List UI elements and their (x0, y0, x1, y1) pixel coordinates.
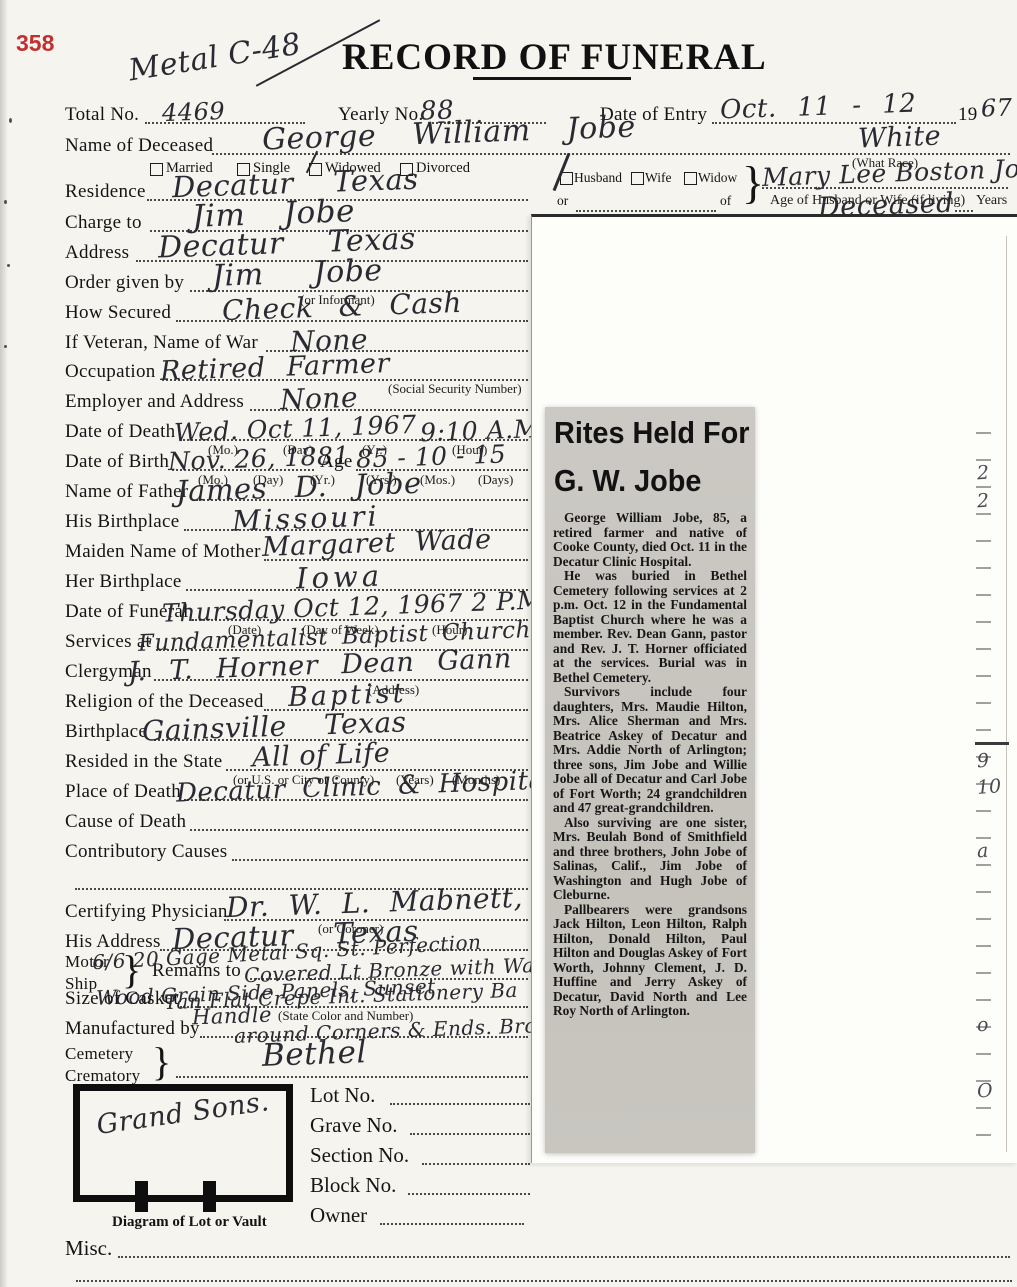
age-of-spouse-line[interactable] (955, 208, 973, 212)
scan-speck (9, 118, 12, 123)
mother-label: Maiden Name of Mother (65, 541, 261, 563)
clipping-paragraph: Survivors include four daughters, Mrs. M… (553, 685, 747, 816)
lot-no-label: Lot No. (310, 1083, 375, 1108)
husband-label: Husband (574, 170, 622, 186)
clipping-paragraph: He was buried in Bethel Cemetery followi… (553, 569, 747, 685)
clipping-paragraph: George William Jobe, 85, a retired farme… (553, 511, 747, 569)
diagram-notch (148, 1180, 203, 1192)
resided-label: Resided in the State (65, 751, 222, 773)
scan-speck (4, 200, 7, 204)
owner-line[interactable] (380, 1221, 524, 1225)
margin-mark: 2 (976, 490, 990, 513)
right-margin-solid-stub (975, 742, 1009, 745)
age-mos-note: (Mos.) (420, 472, 455, 488)
margin-mark: 10 (976, 775, 1002, 799)
year-prefix: 19 (958, 104, 978, 126)
mother-birthplace-value: Iowa (295, 558, 383, 595)
cause-of-death-line[interactable] (190, 827, 528, 831)
header-annotation: Metal C-48 (126, 27, 303, 89)
cemetery-brace: } (152, 1042, 171, 1082)
owner-label: Owner (310, 1203, 367, 1228)
lot-no-line[interactable] (390, 1101, 530, 1105)
diagram-leg-right (203, 1181, 216, 1212)
years-label: Years (976, 193, 1007, 209)
name-of-deceased-label: Name of Deceased (65, 135, 213, 157)
date-of-death-label: Date of Death (65, 421, 175, 443)
title-underline (473, 77, 631, 80)
block-no-label: Block No. (310, 1173, 396, 1198)
margin-mark: O (976, 1079, 993, 1102)
wife-label: Wife (645, 170, 671, 186)
year-value: 67 (981, 93, 1014, 122)
grave-no-line[interactable] (410, 1131, 530, 1135)
resided-value: All of Life (252, 738, 391, 774)
of-label: of (720, 193, 731, 209)
married-checkbox[interactable] (150, 163, 163, 176)
newspaper-clipping: Rites Held For G. W. Jobe George William… (545, 407, 755, 1153)
sheet-fold-line (1006, 236, 1007, 1152)
clipping-headline-line2: G. W. Jobe (554, 463, 701, 499)
residence-label: Residence (65, 181, 146, 203)
charge-to-label: Charge to (65, 212, 142, 234)
cemetery-value: Bethel (261, 1034, 367, 1074)
total-no-label: Total No. (65, 104, 139, 126)
misc-line[interactable] (118, 1254, 1010, 1258)
grave-no-label: Grave No. (310, 1113, 397, 1138)
cause-of-death-label: Cause of Death (65, 811, 186, 833)
scan-speck (4, 345, 7, 348)
crematory-label: Crematory (65, 1066, 140, 1086)
occupation-label: Occupation (65, 361, 156, 383)
margin-mark: o (976, 1014, 989, 1037)
religion-label: Religion of the Deceased (65, 691, 264, 713)
misc-line-2[interactable] (76, 1278, 1012, 1282)
page-title: RECORD OF FUNERAL (342, 36, 767, 79)
address-label: Address (65, 242, 129, 264)
margin-mark: 2 (976, 462, 990, 485)
or-label: or (557, 193, 568, 209)
widow-label: Widow (698, 170, 737, 186)
widow-checkbox[interactable] (684, 172, 697, 185)
cemetery-label: Cemetery (65, 1044, 133, 1064)
father-label: Name of Father (65, 481, 188, 503)
father-birthplace-label: His Birthplace (65, 511, 179, 533)
place-of-death-label: Place of Death (65, 781, 181, 803)
margin-mark: a (976, 840, 989, 863)
contributory-line[interactable] (232, 857, 528, 861)
mother-birthplace-label: Her Birthplace (65, 571, 182, 593)
ssn-note: (Social Security Number) (388, 381, 522, 397)
manufactured-label: Manufactured by (65, 1018, 200, 1040)
scan-speck (7, 264, 10, 267)
misc-label: Misc. (65, 1236, 112, 1261)
order-given-by-value: Jim Jobe (211, 253, 383, 294)
race-value: White (857, 121, 941, 155)
diagram-leg-left (135, 1181, 148, 1212)
or-line[interactable] (576, 208, 716, 212)
order-given-by-label: Order given by (65, 272, 184, 294)
physician-label: Certifying Physician (65, 901, 228, 923)
cemetery-line[interactable] (176, 1074, 528, 1078)
diagram-caption: Diagram of Lot or Vault (112, 1214, 267, 1231)
clipping-body: George William Jobe, 85, a retired farme… (553, 511, 747, 1019)
funeral-record-page: 358 Metal C-48 RECORD OF FUNERAL Total N… (0, 0, 1017, 1287)
how-secured-label: How Secured (65, 302, 171, 324)
date-of-birth-label: Date of Birth (65, 451, 169, 473)
employer-label: Employer and Address (65, 391, 244, 413)
page-number: 358 (16, 30, 54, 57)
margin-mark: 9 (976, 750, 990, 773)
section-no-label: Section No. (310, 1143, 409, 1168)
employer-value: None (279, 381, 358, 417)
veteran-label: If Veteran, Name of War (65, 332, 258, 354)
block-no-line[interactable] (408, 1191, 530, 1195)
casket-label: Size of Casket (65, 988, 179, 1010)
age-days-note: (Days) (478, 472, 513, 488)
birthplace-label: Birthplace (65, 721, 147, 743)
section-no-line[interactable] (422, 1161, 530, 1165)
wife-checkbox[interactable] (631, 172, 644, 185)
divorced-label: Divorced (416, 160, 470, 177)
contributory-label: Contributory Causes (65, 841, 227, 863)
total-no-value: 4469 (162, 97, 226, 127)
clipping-headline-line1: Rites Held For (554, 415, 749, 451)
clipping-paragraph: Also surviving are one sister, Mrs. Beul… (553, 816, 747, 903)
clipping-paragraph: Pallbearers were grandsons Jack Hilton, … (553, 903, 747, 1019)
